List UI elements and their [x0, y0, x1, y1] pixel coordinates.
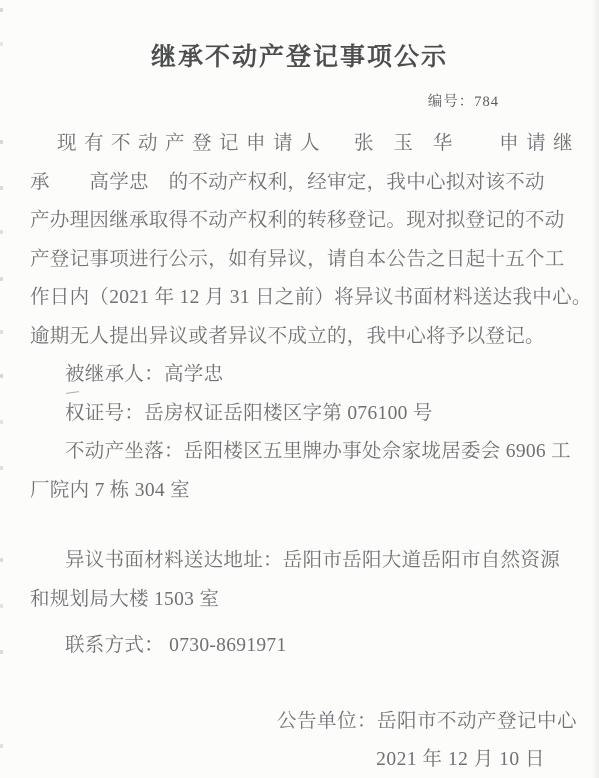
- scan-artifact: [0, 277, 3, 281]
- scan-artifact: [0, 558, 3, 562]
- objection-address-line: 和规划局大楼 1503 室: [30, 581, 579, 620]
- notice-number: 编号：784: [30, 92, 579, 112]
- issuer-line: 公告单位：岳阳市不动产登记中心: [30, 703, 579, 742]
- property-location-line: 不动产坐落：岳阳楼区五里牌办事处佘家垅居委会 6906 工: [30, 433, 579, 472]
- notice-title: 继承不动产登记事项公示: [30, 40, 569, 76]
- notice-body: 现有不动产登记申请人 张 玉 华 申请继 承 高学忠 的不动产权利，经审定，我中…: [30, 125, 579, 778]
- body-paragraph-line: 产登记事项进行公示，如有异议，请自本公告之日起十五个工: [30, 241, 579, 280]
- body-paragraph-line: 承 高学忠 的不动产权利，经审定，我中心拟对该不动: [30, 164, 579, 203]
- scan-artifact: [0, 650, 3, 654]
- body-paragraph-line: 现有不动产登记申请人 张 玉 华 申请继: [30, 125, 579, 164]
- scan-artifact: [0, 330, 3, 334]
- contact-line: 联系方式： 0730-8691971: [30, 627, 579, 666]
- property-location-line: 厂院内 7 栋 304 室: [30, 472, 579, 511]
- heir-line: 被继承人：高学忠: [30, 356, 579, 395]
- body-paragraph-line: 产办理因继承取得不动产权利的转移登记。现对拟登记的不动: [30, 202, 579, 241]
- scan-artifact: [0, 420, 3, 424]
- scan-artifact: [0, 466, 3, 470]
- scan-artifact: [0, 374, 3, 378]
- scan-artifact: [0, 8, 3, 12]
- objection-address-line: 异议书面材料送达地址：岳阳市岳阳大道岳阳市自然资源: [30, 542, 579, 581]
- scan-edge-shadow: [592, 0, 599, 778]
- scan-artifact: [0, 186, 3, 190]
- body-paragraph-line: 逾期无人提出异议或者异议不成立的，我中心将予以登记。: [30, 318, 579, 357]
- certificate-number-line: 权证号：岳房权证岳阳楼区字第 076100 号: [30, 395, 579, 434]
- scan-artifact: [0, 140, 3, 144]
- body-paragraph-line: 作日内（2021 年 12 月 31 日之前）将异议书面材料送达我中心。: [30, 279, 579, 318]
- scan-artifact: [0, 744, 3, 748]
- scan-artifact: [0, 230, 3, 234]
- scan-artifact: [0, 604, 3, 608]
- date-line: 2021 年 12 月 10 日: [30, 741, 579, 778]
- scanned-notice-page: 继承不动产登记事项公示 编号：784 现有不动产登记申请人 张 玉 华 申请继 …: [0, 0, 599, 778]
- scan-artifact: [0, 42, 3, 46]
